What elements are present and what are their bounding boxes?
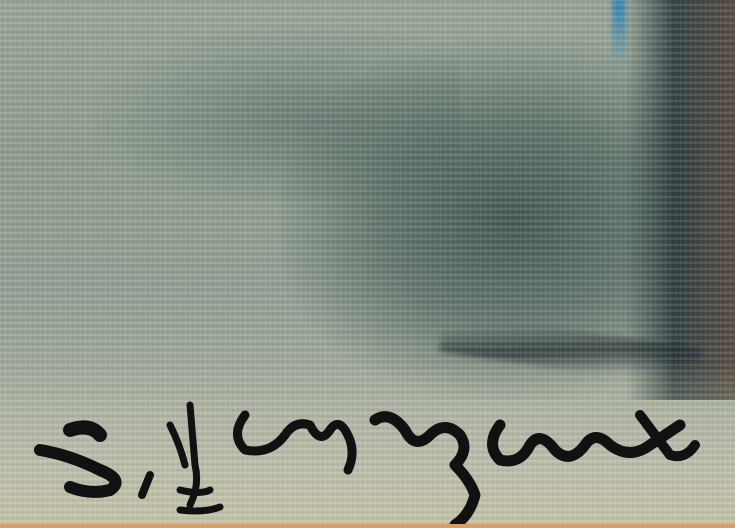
artist-signature bbox=[30, 395, 710, 525]
dark-green-paint-mass bbox=[280, 40, 700, 400]
signature-strokes bbox=[40, 405, 695, 525]
blue-paint-streak bbox=[612, 0, 626, 70]
right-dark-edge bbox=[625, 0, 735, 400]
upper-shadow-area bbox=[80, 20, 460, 200]
painting-canvas bbox=[0, 0, 735, 528]
dark-brush-stroke bbox=[438, 312, 701, 388]
